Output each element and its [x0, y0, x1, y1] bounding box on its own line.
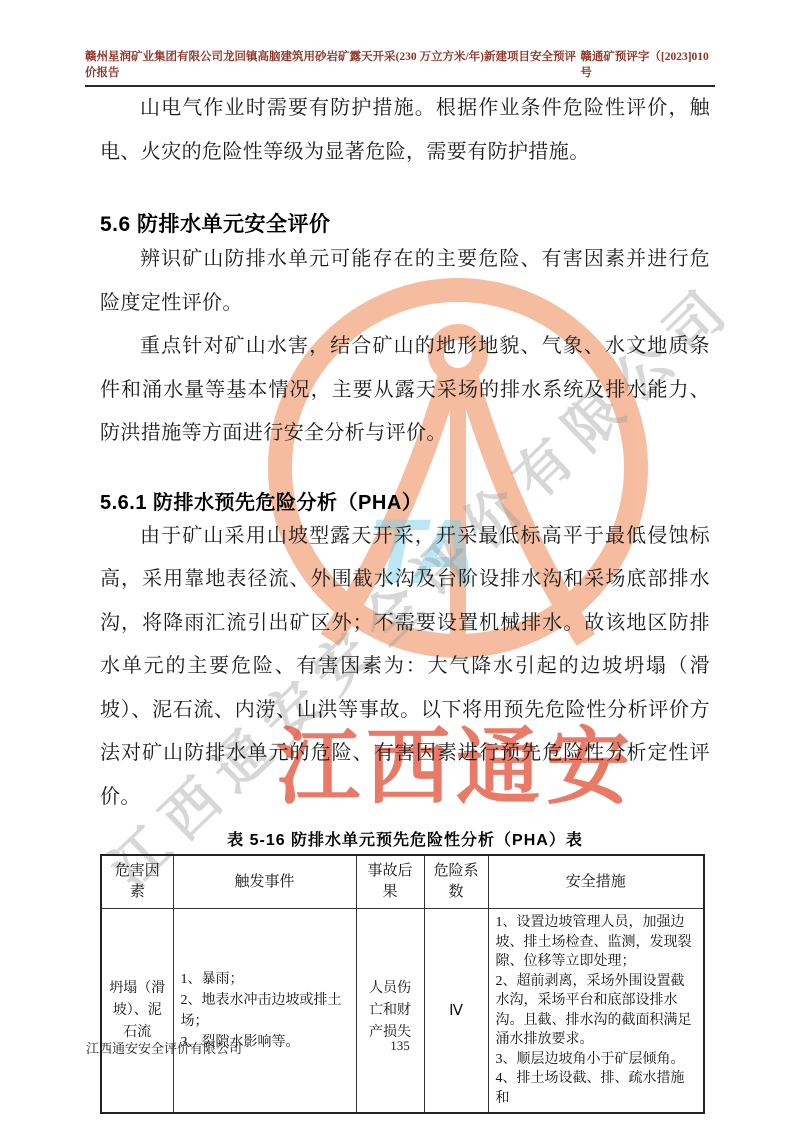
column-header-trigger-event: 触发事件	[173, 855, 356, 909]
column-header-accident-consequence: 事故后 果	[356, 855, 424, 909]
paragraph-identify-hazards: 辨识矿山防排水单元可能存在的主要危险、有害因素并进行危险度定性评价。	[100, 238, 710, 325]
header-report-title: 赣州星润矿业集团有限公司龙回镇高脑建筑用砂岩矿露天开采(230 万立方米/年)新…	[85, 48, 580, 80]
cell-hazard-factor: 坍塌（滑 坡）、泥 石流	[101, 909, 173, 1114]
page-header: 赣州星润矿业集团有限公司龙回镇高脑建筑用砂岩矿露天开采(230 万立方米/年)新…	[85, 0, 715, 87]
column-header-risk-coefficient: 危险系 数	[424, 855, 488, 909]
section-heading-5-6: 5.6 防排水单元安全评价	[100, 208, 710, 238]
section-heading-5-6-1: 5.6.1 防排水预先危险分析（PHA）	[100, 486, 710, 515]
header-document-number: 赣通矿预评字（[2023]010 号	[580, 48, 715, 80]
column-header-safety-measures: 安全措施	[488, 855, 704, 909]
cell-risk-coefficient: Ⅳ	[424, 909, 488, 1114]
cell-accident-consequence: 人员伤 亡和财 产损失	[356, 909, 424, 1114]
footer-company-name: 江西通安安全评价有限公司	[86, 1038, 242, 1057]
paragraph-electrical-carryover: 山电气作业时需要有防护措施。根据作业条件危险性评价，触电、火灾的危险性等级为显著…	[100, 87, 710, 174]
document-page: TA 江西通安安全评价有限公司 江西通安 赣州星润矿业集团有限公司龙回镇高脑建筑…	[0, 0, 800, 1131]
cell-trigger-events: 1、暴雨； 2、地表水冲击边坡或排土场； 3、裂隙水影响等。	[173, 909, 356, 1114]
paragraph-water-hazard-focus: 重点针对矿山水害，结合矿山的地形地貌、气象、水文地质条件和涌水量等基本情况，主要…	[100, 325, 710, 456]
pha-analysis-table: 危害因素 触发事件 事故后 果 危险系 数 安全措施 坍塌（滑 坡）、泥 石流 …	[100, 854, 705, 1114]
cell-safety-measures: 1、设置边坡管理人员，加强边坡、排土场检查、监测，发现裂隙、位移等立即处理； 2…	[488, 909, 704, 1114]
table-row: 坍塌（滑 坡）、泥 石流 1、暴雨； 2、地表水冲击边坡或排土场； 3、裂隙水影…	[101, 909, 704, 1114]
page-content: 赣州星润矿业集团有限公司龙回镇高脑建筑用砂岩矿露天开采(230 万立方米/年)新…	[0, 0, 800, 1114]
paragraph-pha-description: 由于矿山采用山坡型露天开采，开采最低标高平于最低侵蚀标高，采用靠地表径流、外围截…	[100, 515, 710, 820]
table-header-row: 危害因素 触发事件 事故后 果 危险系 数 安全措施	[101, 855, 704, 909]
table-caption: 表 5-16 防排水单元预先危险性分析（PHA）表	[100, 827, 710, 850]
column-header-hazard-factor: 危害因素	[101, 855, 173, 909]
body-text: 山电气作业时需要有防护措施。根据作业条件危险性评价，触电、火灾的危险性等级为显著…	[100, 87, 710, 850]
